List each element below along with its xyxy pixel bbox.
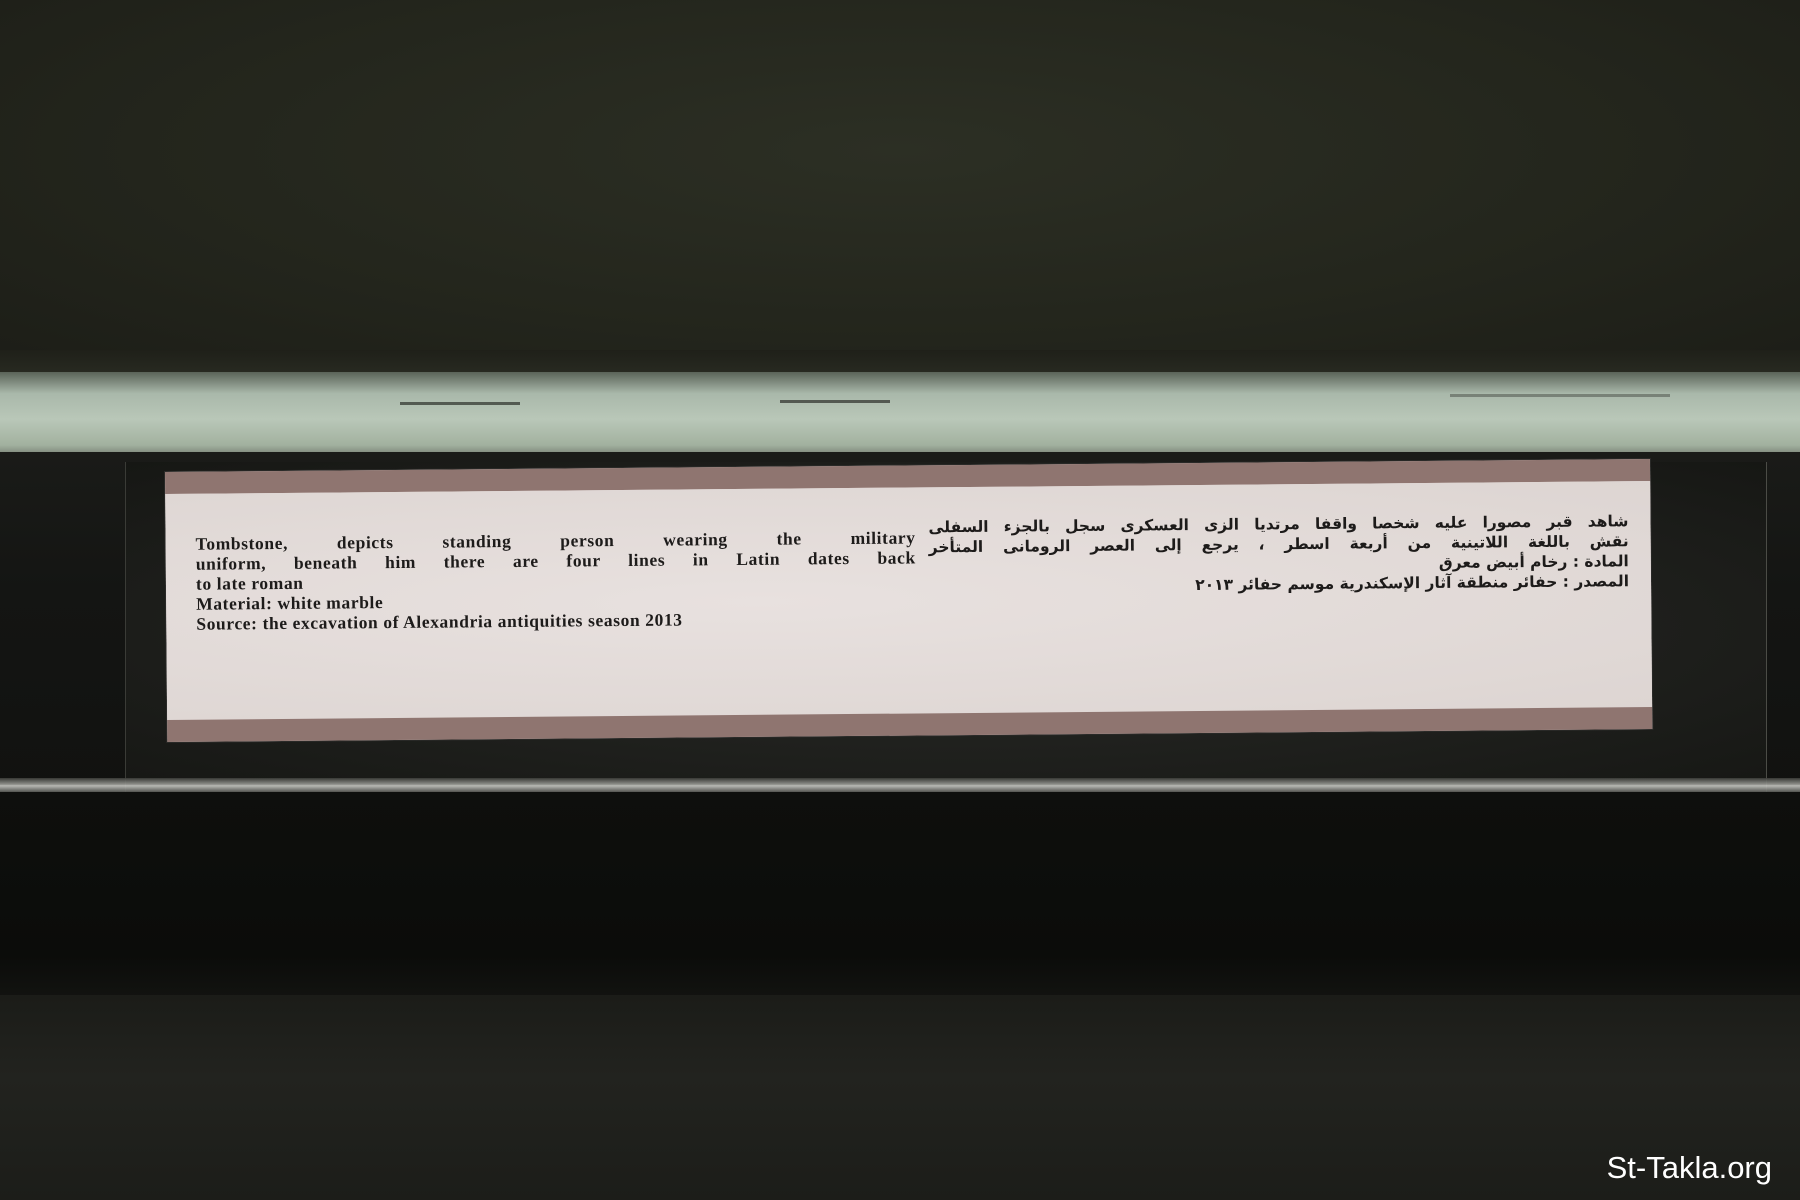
english-description: Tombstone, depicts standing person weari… bbox=[196, 527, 917, 633]
background-wall bbox=[0, 0, 1800, 375]
ledge-scratch bbox=[1450, 394, 1670, 397]
display-ledge bbox=[0, 372, 1800, 458]
frame-lower-shadow bbox=[0, 792, 1800, 997]
museum-label-card: Tombstone, depicts standing person weari… bbox=[165, 459, 1652, 742]
watermark: St-Takla.org bbox=[1607, 1150, 1772, 1186]
ledge-scratch bbox=[780, 400, 890, 403]
floor-surface bbox=[0, 995, 1800, 1200]
ledge-scratch bbox=[400, 402, 520, 405]
arabic-description: شاهد قبر مصورا عليه شخصا واقفا مرتديا ال… bbox=[928, 511, 1629, 597]
frame-metal-edge bbox=[0, 778, 1800, 792]
